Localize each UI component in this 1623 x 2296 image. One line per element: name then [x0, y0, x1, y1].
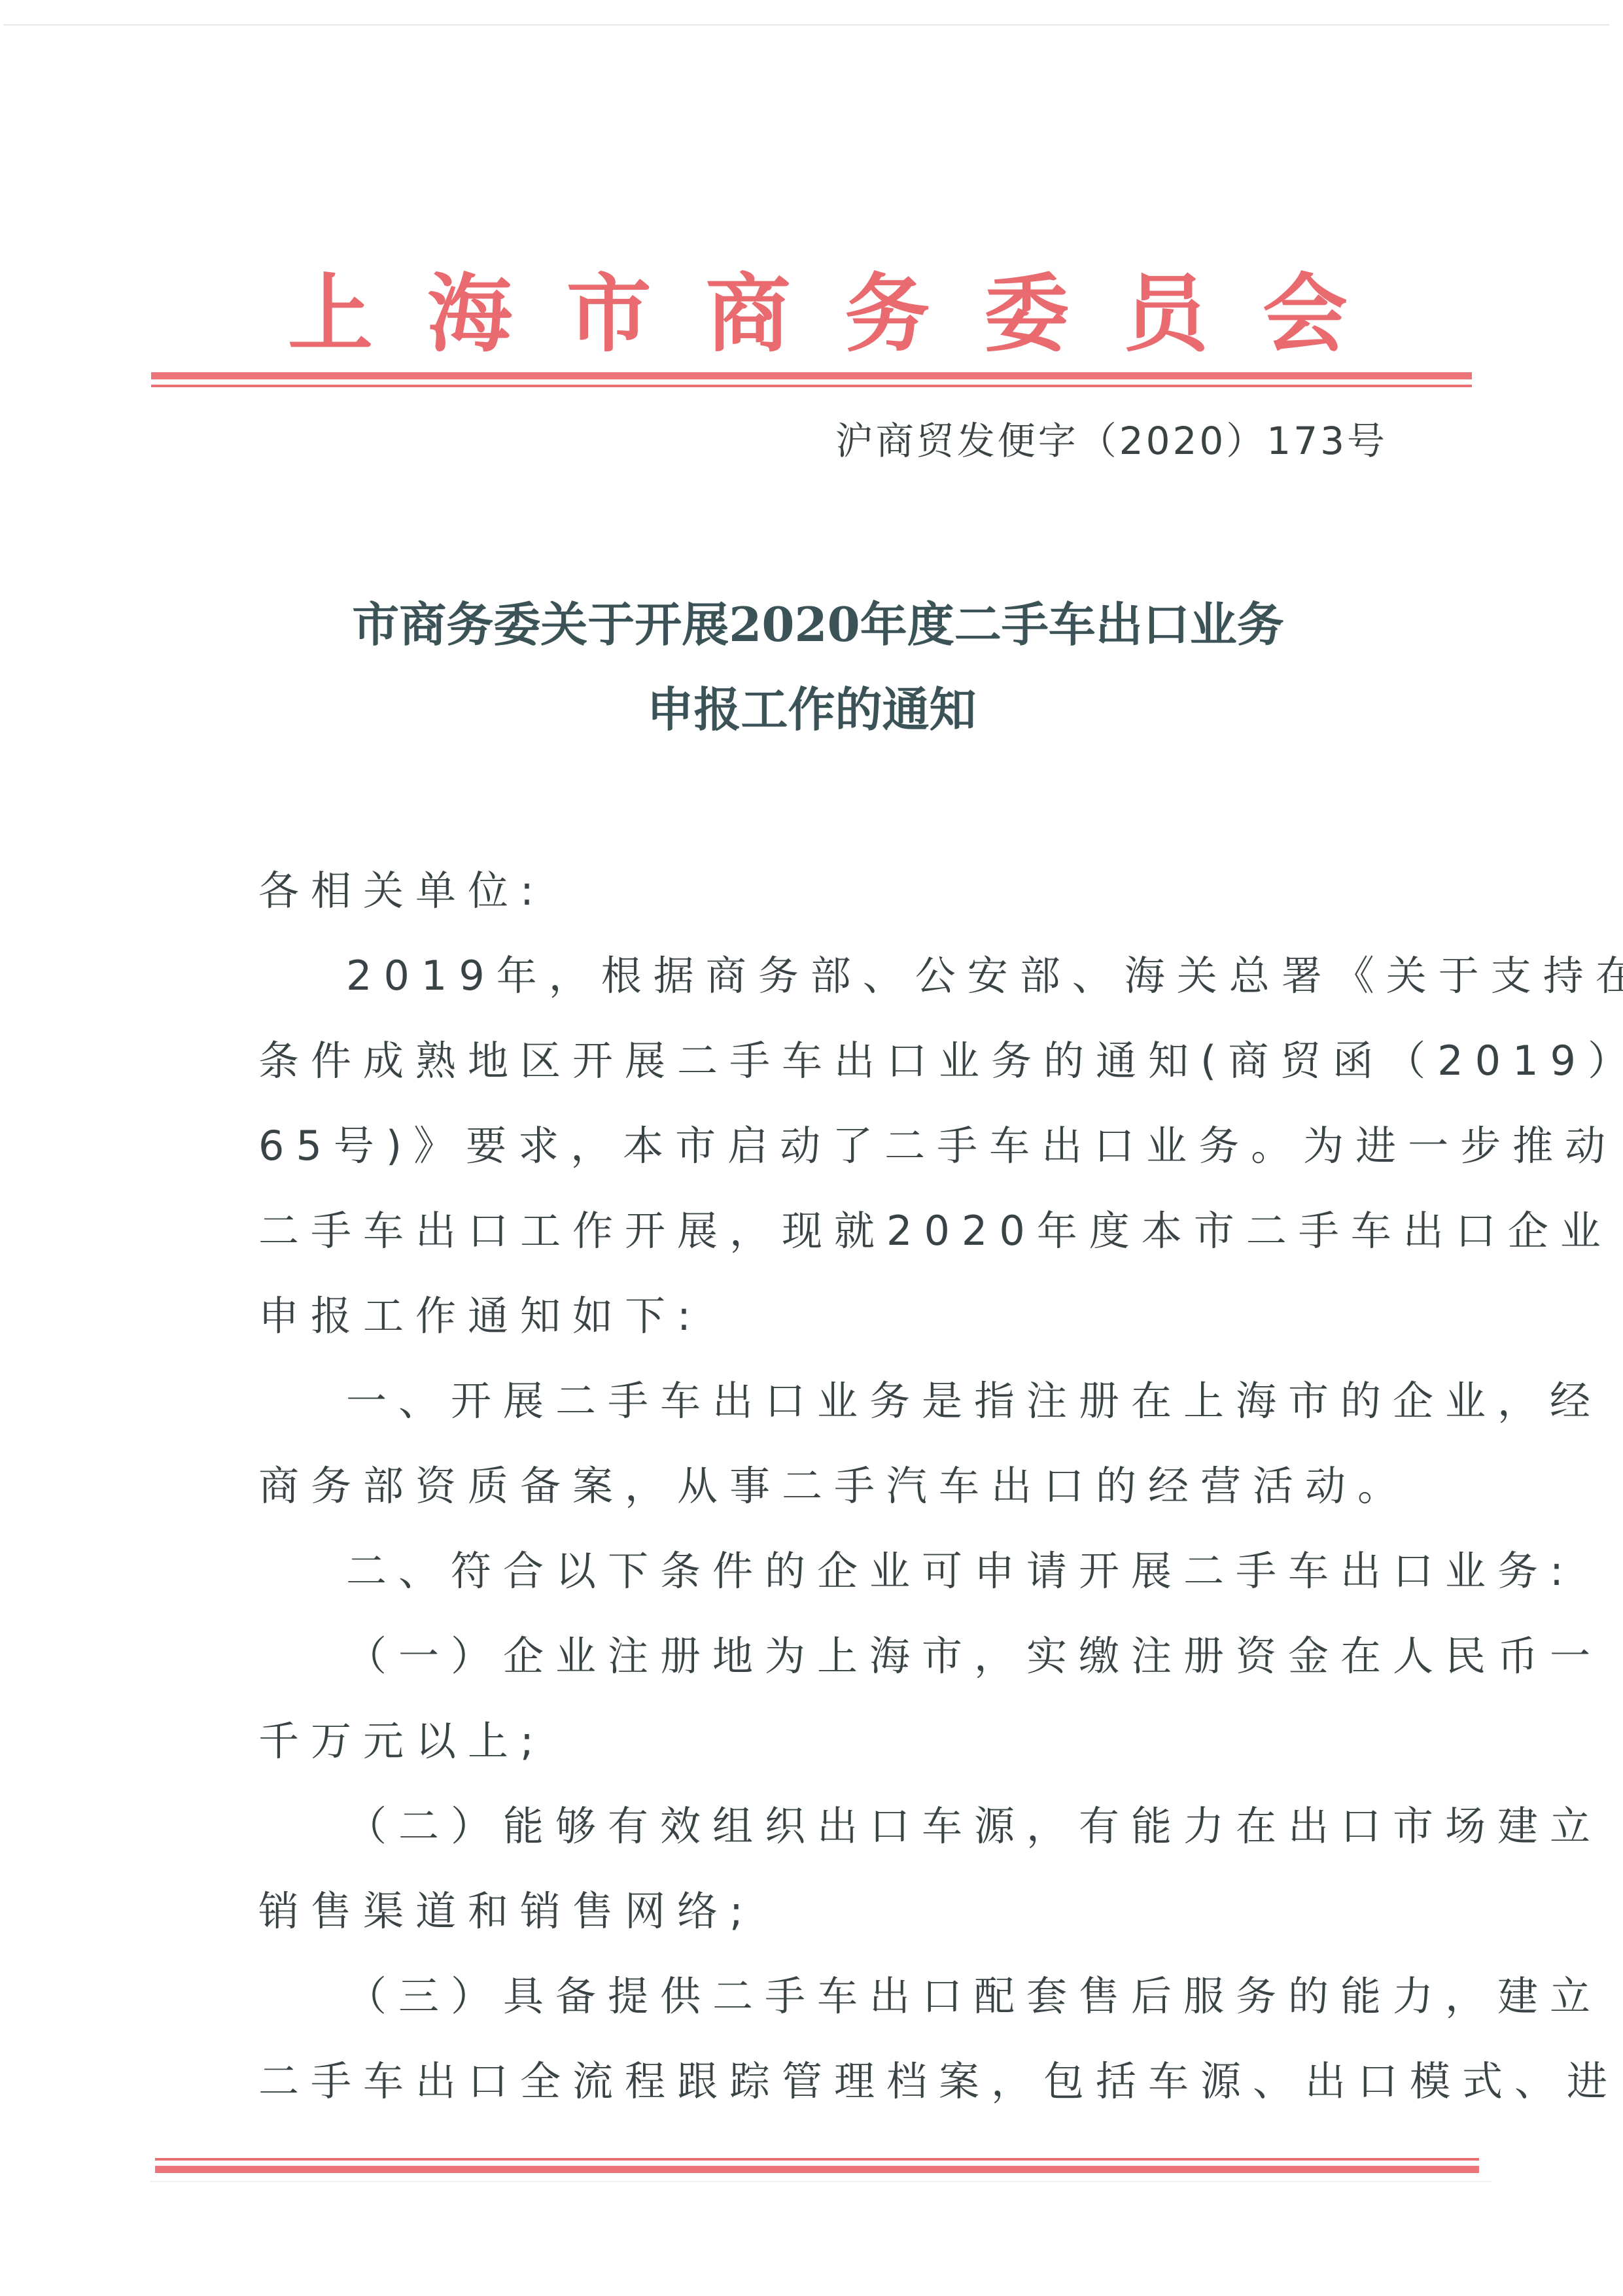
masthead-char: 海 — [427, 271, 512, 357]
masthead-char: 上 — [288, 271, 373, 357]
condition-3-line: （三）具备提供二手车出口配套售后服务的能力，建立 — [258, 1954, 1387, 2039]
masthead-char: 委 — [984, 271, 1069, 357]
document-title: 市商务委关于开展2020年度二手车出口业务 申报工作的通知 — [0, 582, 1623, 752]
section-1-line: 商务部资质备案，从事二手汽车出口的经营活动。 — [258, 1444, 1387, 1529]
masthead-char: 市 — [567, 271, 652, 357]
document-body: 各相关单位: 2019年，根据商务部、公安部、海关总署《关于支持在 条件成熟地区… — [258, 848, 1387, 2124]
body-line: 二手车出口工作开展，现就2020年度本市二手车出口企业 — [258, 1189, 1387, 1274]
body-line: 申报工作通知如下: — [258, 1274, 1387, 1359]
masthead-char: 会 — [1263, 271, 1348, 357]
masthead-char: 员 — [1123, 271, 1208, 357]
scan-artifact-top — [3, 24, 1609, 26]
header-rule-thick — [151, 372, 1472, 379]
section-1-line: 一、开展二手车出口业务是指注册在上海市的企业，经 — [258, 1359, 1387, 1444]
condition-3-line: 二手车出口全流程跟踪管理档案，包括车源、出口模式、进 — [258, 2039, 1387, 2124]
masthead-char: 商 — [706, 271, 791, 357]
condition-1-line: 千万元以上; — [258, 1699, 1387, 1784]
salutation: 各相关单位: — [258, 848, 1387, 933]
masthead-title: 上 海 市 商 务 委 员 会 — [288, 258, 1348, 370]
body-line: 65号)》要求，本市启动了二手车出口业务。为进一步推动 — [258, 1104, 1387, 1189]
condition-2-line: 销售渠道和销售网络; — [258, 1869, 1387, 1954]
document-number: 沪商贸发便字（2020）173号 — [835, 419, 1387, 464]
body-line: 2019年，根据商务部、公安部、海关总署《关于支持在 — [258, 933, 1387, 1018]
footer-rule-thick — [155, 2166, 1479, 2173]
title-line-1: 市商务委关于开展2020年度二手车出口业务 — [0, 582, 1623, 667]
condition-2-line: （二）能够有效组织出口车源，有能力在出口市场建立 — [258, 1784, 1387, 1869]
footer-rule-thin — [155, 2158, 1479, 2161]
masthead-char: 务 — [845, 271, 930, 357]
section-2-heading: 二、符合以下条件的企业可申请开展二手车出口业务: — [258, 1529, 1387, 1614]
scan-artifact-bottom — [150, 2181, 1492, 2182]
title-line-2: 申报工作的通知 — [0, 667, 1623, 752]
condition-1-line: （一）企业注册地为上海市，实缴注册资金在人民币一 — [258, 1614, 1387, 1699]
body-line: 条件成熟地区开展二手车出口业务的通知(商贸函（2019） — [258, 1018, 1387, 1104]
header-rule-thin — [151, 385, 1472, 387]
